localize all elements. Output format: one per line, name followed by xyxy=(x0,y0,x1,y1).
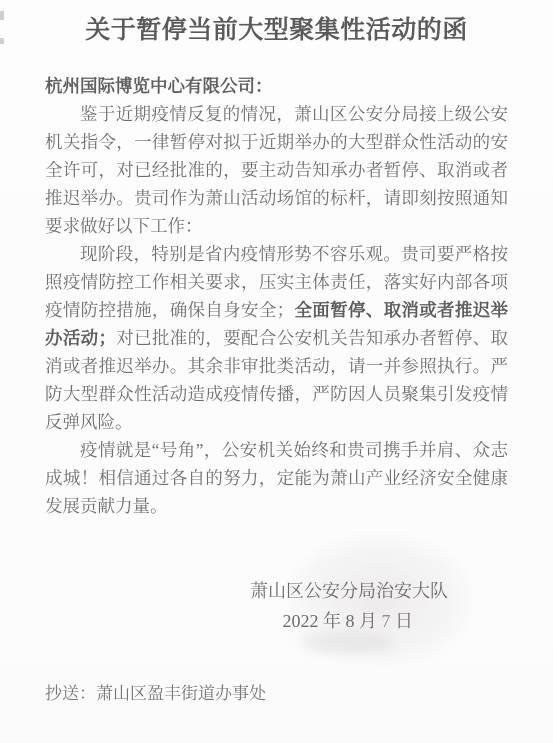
cc-line: 抄送：萧山区盈丰街道办事处 xyxy=(45,680,266,708)
body-paragraph-3: 疫情就是“号角”，公安机关始终和贵司携手并肩、众志成城！相信通过各自的努力，定能… xyxy=(45,436,508,520)
signature-org: 萧山区公安分局治安大队 xyxy=(0,576,553,606)
scanned-letter-page: 关于暂停当前大型聚集性活动的函 杭州国际博览中心有限公司： 鉴于近期疫情反复的情… xyxy=(0,0,553,743)
recipient-line: 杭州国际博览中心有限公司： xyxy=(45,72,508,100)
paragraph-text: 疫情就是“号角”，公安机关始终和贵司携手并肩、众志成城！相信通过各自的努力，定能… xyxy=(45,440,508,516)
paragraph-text: 鉴于近期疫情反复的情况，萧山区公安分局接上级公安机关指令，一律暂停对拟于近期举办… xyxy=(45,104,508,236)
handwritten-day-number: 7 xyxy=(382,611,391,631)
body-paragraph-2: 现阶段，特别是省内疫情形势不容乐观。贵司要严格按照疫情防控工作相关要求，压实主体… xyxy=(45,240,508,436)
date-text: 日 xyxy=(391,611,414,631)
letter-body: 杭州国际博览中心有限公司： 鉴于近期疫情反复的情况，萧山区公安分局接上级公安机关… xyxy=(45,72,508,520)
body-paragraph-1: 鉴于近期疫情反复的情况，萧山区公安分局接上级公安机关指令，一律暂停对拟于近期举办… xyxy=(45,100,508,240)
signature-block: 萧山区公安分局治安大队 2022 年 8 月 7 日 xyxy=(0,576,553,636)
scan-edge-artifact xyxy=(0,38,4,44)
scan-edge-artifact xyxy=(0,11,4,20)
signature-date: 2022 年 8 月 7 日 xyxy=(0,606,553,636)
date-text: 2022 年 8 月 xyxy=(283,611,382,631)
document-title: 关于暂停当前大型聚集性活动的函 xyxy=(0,14,553,48)
